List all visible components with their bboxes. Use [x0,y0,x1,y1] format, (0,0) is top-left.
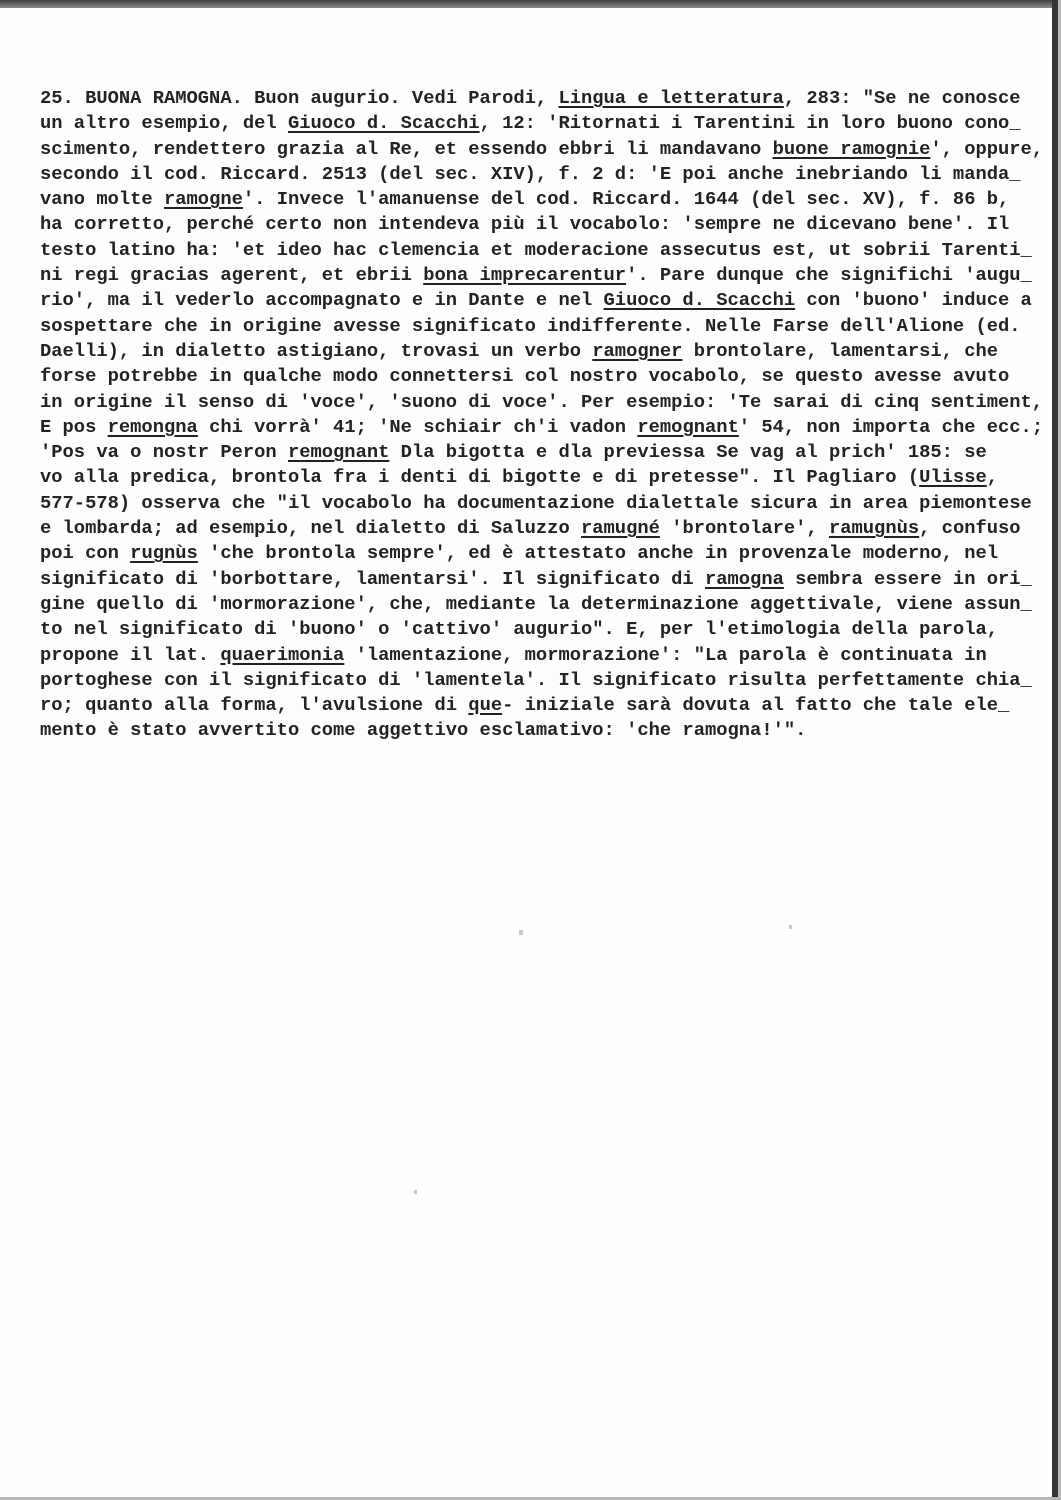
text-segment: brontolare, lamentarsi, che [682,340,998,362]
text-segment: 'Pos va o nostr Peron [40,441,288,463]
text-segment: un altro esempio, del [40,112,288,134]
text-segment: sospettare che in origine avesse signifi… [40,315,1021,337]
text-segment: vano molte [40,188,164,210]
text-line: to nel significato di 'buono' o 'cattivo… [40,617,1045,642]
scan-speck [414,1190,417,1194]
text-segment: , 12: 'Ritornati i Tarentini in loro buo… [480,112,1021,134]
scan-edge-top [0,0,1061,8]
text-line: e lombarda; ad esempio, nel dialetto di … [40,516,1045,541]
underlined-term: ramogne [164,188,243,210]
text-segment: ro; quanto alla forma, l'avulsione di [40,694,468,716]
underlined-term: remognant [288,441,389,463]
text-segment: 'che brontola sempre', ed è attestato an… [198,542,998,564]
text-line: forse potrebbe in qualche modo connetter… [40,364,1045,389]
scan-speck [789,925,792,929]
text-segment: portoghese con il significato di 'lament… [40,669,1032,691]
text-line: E pos remongna chi vorrà' 41; 'Ne schiai… [40,415,1045,440]
scanned-page: 25. BUONA RAMOGNA. Buon augurio. Vedi Pa… [0,0,1061,1500]
text-segment: - iniziale sarà dovuta al fatto che tale… [502,694,1009,716]
underlined-term: bona imprecarentur [423,264,626,286]
text-line: ro; quanto alla forma, l'avulsione di qu… [40,693,1045,718]
text-segment: '. Pare dunque che significhi 'augu_ [626,264,1032,286]
text-line: ni regi gracias agerent, et ebrii bona i… [40,263,1045,288]
underlined-term: Giuoco d. Scacchi [288,112,480,134]
underlined-term: remongna [108,416,198,438]
text-segment: poi con [40,542,130,564]
underlined-term: Giuoco d. Scacchi [604,289,796,311]
typewritten-text: 25. BUONA RAMOGNA. Buon augurio. Vedi Pa… [40,86,1045,744]
text-segment: con 'buono' induce a [795,289,1032,311]
text-line: secondo il cod. Riccard. 2513 (del sec. … [40,162,1045,187]
text-line: testo latino ha: 'et ideo hac clemencia … [40,238,1045,263]
text-segment: chi vorrà' 41; 'Ne schiair ch'i vadon [198,416,638,438]
text-segment: to nel significato di 'buono' o 'cattivo… [40,618,998,640]
scan-speck [519,930,523,935]
text-segment: vo alla predica, brontola fra i denti di… [40,466,919,488]
underlined-term: buone ramognie [773,138,931,160]
text-segment: ha corretto, perché certo non intendeva … [40,213,1009,235]
text-line: in origine il senso di 'voce', 'suono di… [40,390,1045,415]
text-segment: , 283: "Se ne conosce [784,87,1021,109]
underlined-term: ramogner [592,340,682,362]
text-segment: rio', ma il vederlo accompagnato e in Da… [40,289,604,311]
underlined-term: Ulisse [919,466,987,488]
text-segment: testo latino ha: 'et ideo hac clemencia … [40,239,1032,261]
text-segment: in origine il senso di 'voce', 'suono di… [40,391,1043,413]
text-line: rio', ma il vederlo accompagnato e in Da… [40,288,1045,313]
text-line: un altro esempio, del Giuoco d. Scacchi,… [40,111,1045,136]
text-line: vo alla predica, brontola fra i denti di… [40,465,1045,490]
text-segment: '. Invece l'amanuense del cod. Riccard. … [243,188,1009,210]
text-segment: e lombarda; ad esempio, nel dialetto di … [40,517,581,539]
underlined-term: quaerimonia [220,644,344,666]
text-line: ha corretto, perché certo non intendeva … [40,212,1045,237]
text-line: gine quello di 'mormorazione', che, medi… [40,592,1045,617]
text-segment: secondo il cod. Riccard. 2513 (del sec. … [40,163,1021,185]
text-line: significato di 'borbottare, lamentarsi'.… [40,567,1045,592]
text-segment: scimento, rendettero grazia al Re, et es… [40,138,773,160]
text-line: portoghese con il significato di 'lament… [40,668,1045,693]
text-segment: significato di 'borbottare, lamentarsi'.… [40,568,705,590]
text-line: propone il lat. quaerimonia 'lamentazion… [40,643,1045,668]
text-segment: gine quello di 'mormorazione', che, medi… [40,593,1032,615]
text-line: 'Pos va o nostr Peron remognant Dla bigo… [40,440,1045,465]
text-segment: 25. BUONA RAMOGNA. Buon augurio. Vedi Pa… [40,87,558,109]
underlined-term: Lingua e letteratura [558,87,783,109]
text-line: sospettare che in origine avesse signifi… [40,314,1045,339]
text-segment: , [987,466,998,488]
text-segment: forse potrebbe in qualche modo connetter… [40,365,1009,387]
text-segment: sembra essere in ori_ [784,568,1032,590]
underlined-term: que [468,694,502,716]
text-segment: 'brontolare', [660,517,829,539]
underlined-term: ramugné [581,517,660,539]
text-line: scimento, rendettero grazia al Re, et es… [40,137,1045,162]
text-segment: ', oppure, [930,138,1043,160]
text-segment: 577-578) osserva che "il vocabolo ha doc… [40,492,1032,514]
text-segment: Dla bigotta e dla previessa Se vag al pr… [389,441,986,463]
underlined-term: remognant [637,416,738,438]
underlined-term: rugnùs [130,542,198,564]
text-segment: ni regi gracias agerent, et ebrii [40,264,423,286]
text-line: poi con rugnùs 'che brontola sempre', ed… [40,541,1045,566]
scan-edge-right [1052,0,1058,1500]
text-line: Daelli), in dialetto astigiano, trovasi … [40,339,1045,364]
text-segment: propone il lat. [40,644,220,666]
text-segment: 'lamentazione, mormorazione': "La parola… [344,644,986,666]
text-line: 25. BUONA RAMOGNA. Buon augurio. Vedi Pa… [40,86,1045,111]
underlined-term: ramogna [705,568,784,590]
text-segment: ' 54, non importa che ecc.; [739,416,1043,438]
text-line: 577-578) osserva che "il vocabolo ha doc… [40,491,1045,516]
text-segment: , confuso [919,517,1020,539]
text-line: mento è stato avvertito come aggettivo e… [40,718,1045,743]
text-segment: E pos [40,416,108,438]
underlined-term: ramugnùs [829,517,919,539]
text-line: vano molte ramogne'. Invece l'amanuense … [40,187,1045,212]
text-segment: Daelli), in dialetto astigiano, trovasi … [40,340,592,362]
text-segment: mento è stato avvertito come aggettivo e… [40,719,806,741]
